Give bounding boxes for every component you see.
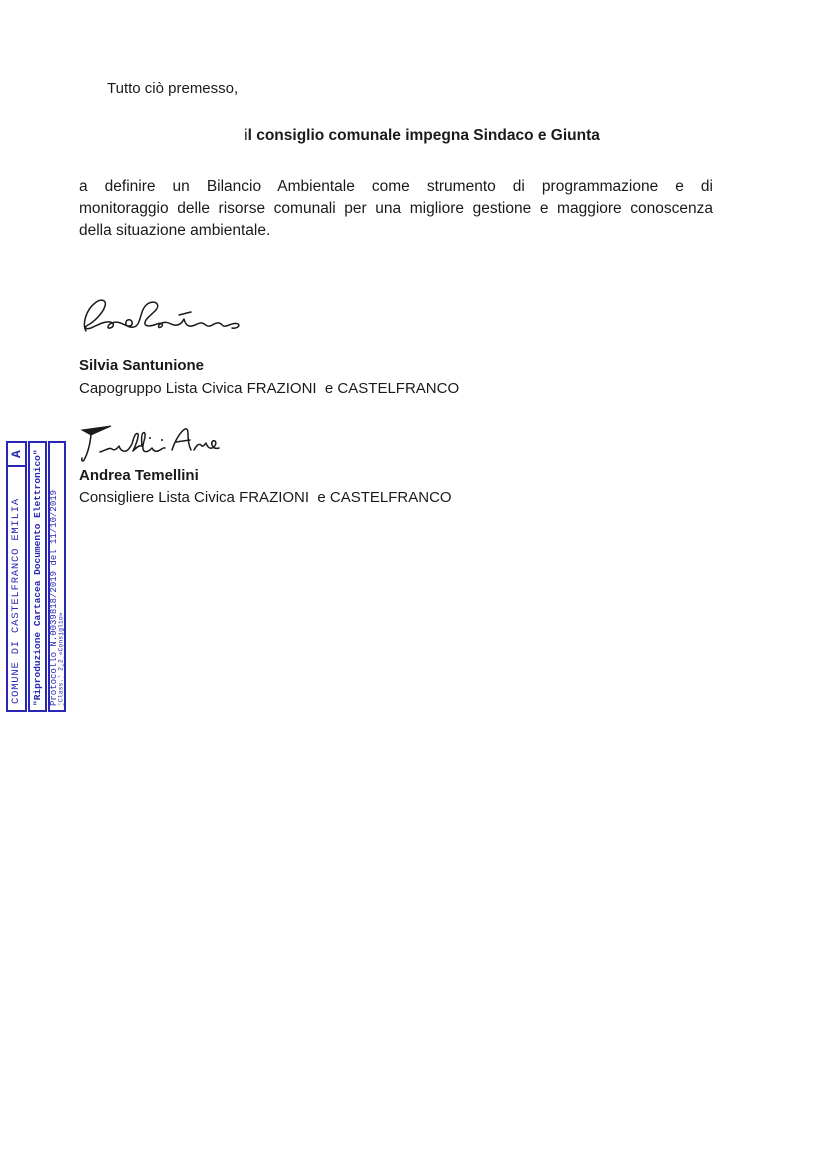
- stamp-document-type: Documento Principale: [64, 443, 66, 706]
- stamp-riproduzione-text: "Riproduzione Cartacea Documento Elettro…: [30, 443, 45, 710]
- heading: il consiglio comunale impegna Sindaco e …: [79, 127, 765, 145]
- heading-bold-text: l consiglio comunale impegna Sindaco e G…: [248, 127, 600, 144]
- signatory-role: Consigliere Lista Civica FRAZIONI e CAST…: [79, 489, 452, 506]
- stamp-letter-box: A: [6, 441, 27, 467]
- stamp-comune-box: COMUNE DI CASTELFRANCO EMILIA: [6, 465, 27, 712]
- signatory-role: Capogruppo Lista Civica FRAZIONI e CASTE…: [79, 380, 459, 397]
- signatory-name: Andrea Temellini: [79, 467, 199, 484]
- handwritten-signature-temellini-icon: [76, 420, 224, 468]
- body-paragraph: a definire un Bilancio Ambientale come s…: [79, 176, 713, 242]
- stamp-letter: A: [8, 443, 25, 465]
- intro-text: Tutto ciò premesso,: [107, 80, 238, 97]
- stamp-protocollo-lines: Protocollo N.0039818/2019 del 11/10/2019…: [50, 443, 64, 710]
- handwritten-signature-santunione-icon: [76, 294, 244, 340]
- document-page: Tutto ciò premesso, il consiglio comunal…: [0, 0, 820, 1160]
- stamp-protocollo-box: Protocollo N.0039818/2019 del 11/10/2019…: [48, 441, 66, 712]
- paragraph-line: monitoraggio delle risorse comunali per …: [79, 198, 713, 220]
- paragraph-line: a definire un Bilancio Ambientale come s…: [79, 176, 713, 198]
- stamp-riproduzione-box: "Riproduzione Cartacea Documento Elettro…: [28, 441, 47, 712]
- stamp-comune-text: COMUNE DI CASTELFRANCO EMILIA: [8, 467, 25, 710]
- signatory-name: Silvia Santunione: [79, 357, 204, 374]
- paragraph-line: della situazione ambientale.: [79, 220, 713, 242]
